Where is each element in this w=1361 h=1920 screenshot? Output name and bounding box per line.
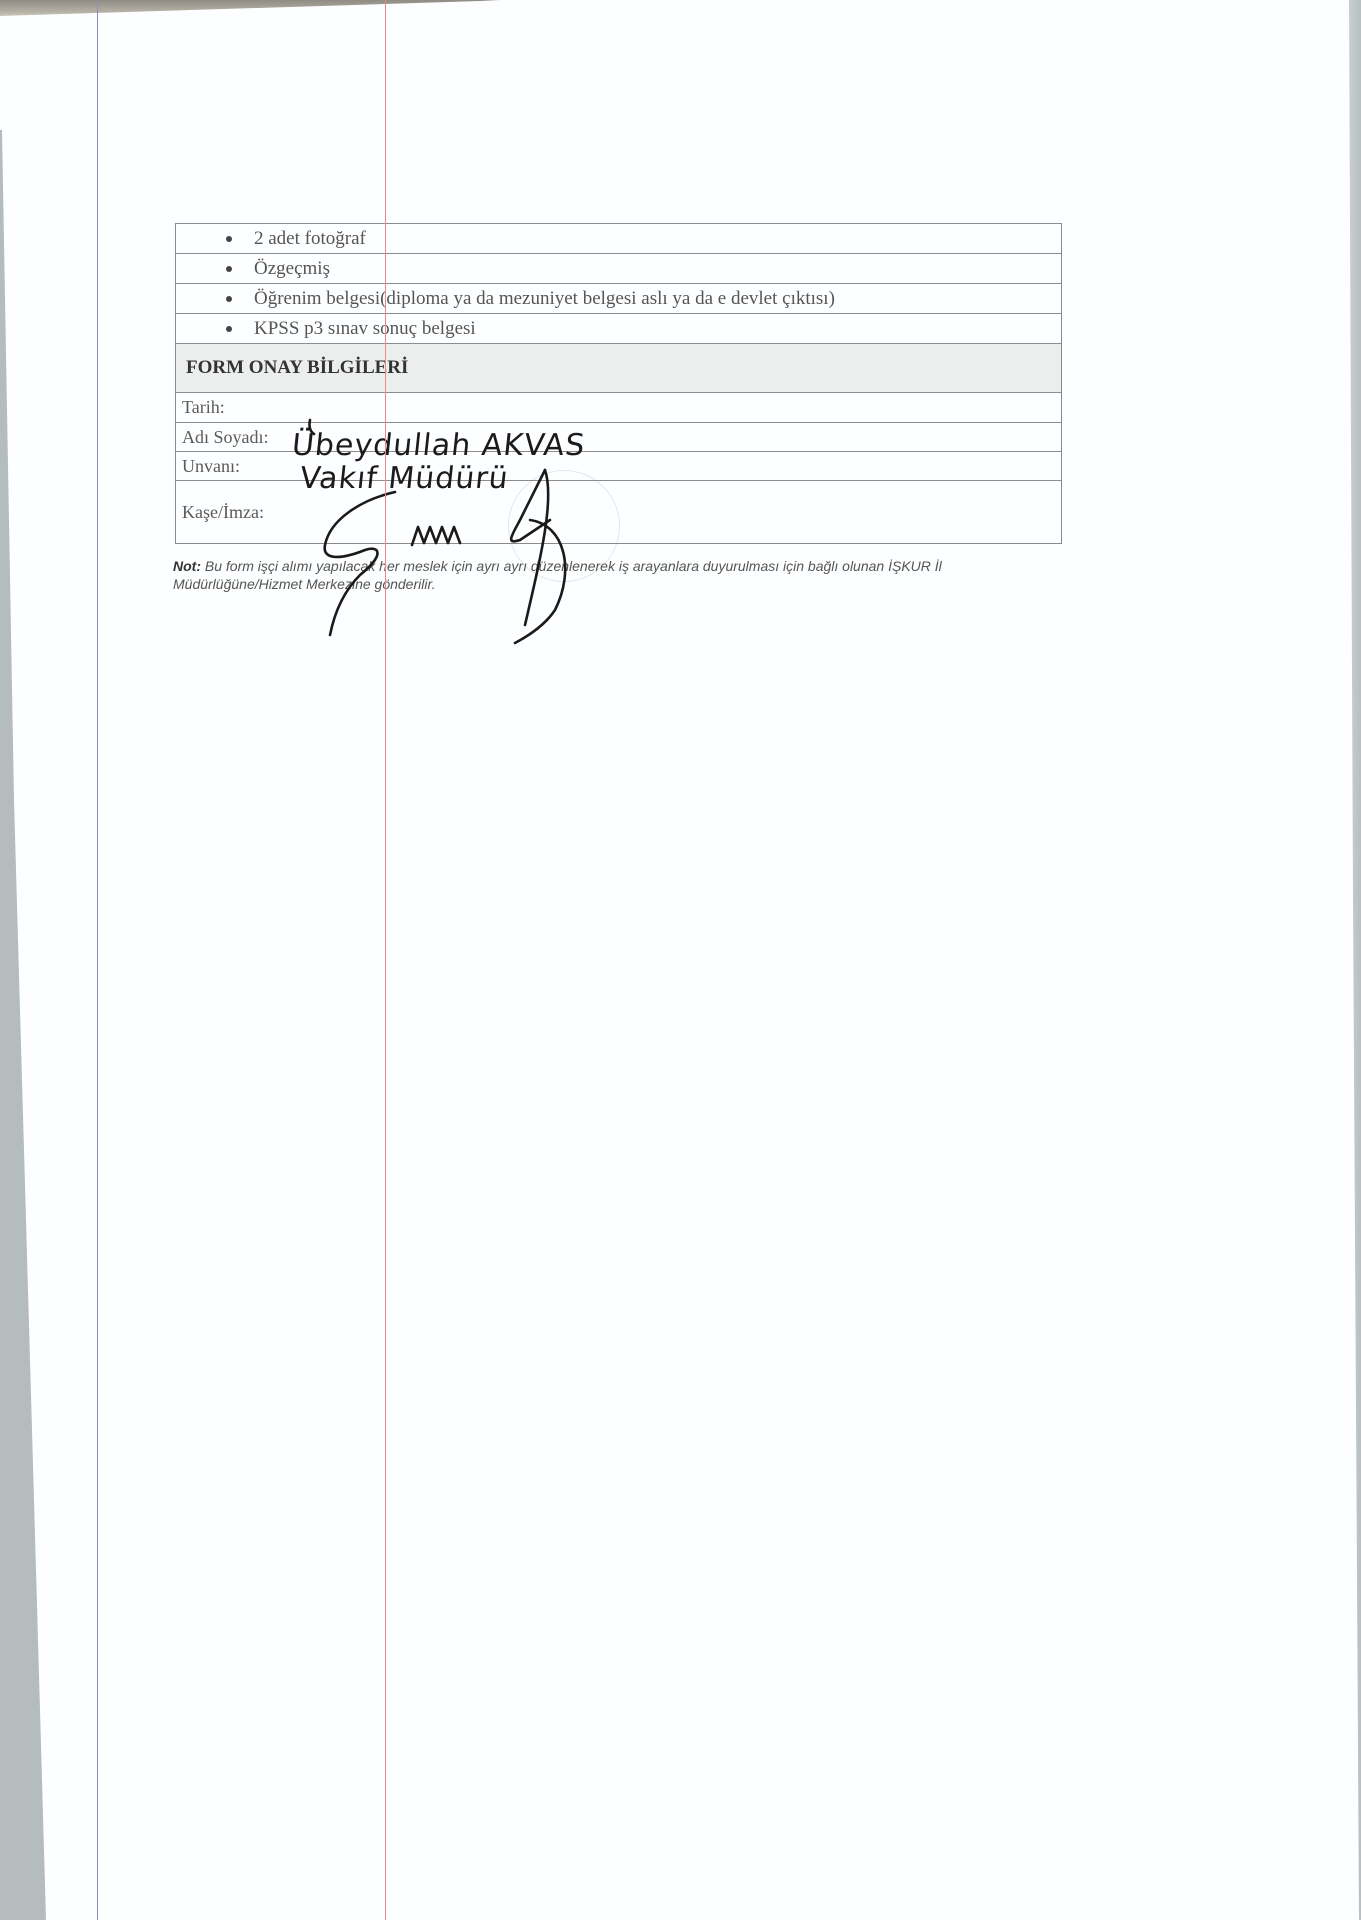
- required-doc-text: Öğrenim belgesi(diploma ya da mezuniyet …: [254, 288, 835, 310]
- scan-edge-top: [0, 0, 500, 20]
- field-unvani: Unvanı:: [176, 451, 1061, 480]
- note-label: Not:: [173, 558, 201, 574]
- required-doc-text: KPSS p3 sınav sonuç belgesi: [254, 318, 476, 340]
- field-label: Kaşe/İmza:: [182, 502, 264, 523]
- required-doc-item: Öğrenim belgesi(diploma ya da mezuniyet …: [176, 283, 1061, 313]
- required-doc-text: 2 adet fotoğraf: [254, 228, 366, 250]
- faint-stamp: [508, 470, 620, 582]
- required-doc-item: KPSS p3 sınav sonuç belgesi: [176, 313, 1061, 343]
- field-label: Unvanı:: [182, 456, 240, 477]
- required-doc-text: Özgeçmiş: [254, 258, 330, 280]
- margin-line-red: [385, 0, 386, 1920]
- bullet-icon: [226, 236, 232, 242]
- footer-note: Not: Bu form işçi alımı yapılacak her me…: [173, 557, 1068, 593]
- scan-edge-left: [0, 0, 60, 1920]
- field-label: Adı Soyadı:: [182, 427, 269, 448]
- approval-section-title: FORM ONAY BİLGİLERİ: [176, 343, 1061, 393]
- form-table: 2 adet fotoğraf Özgeçmiş Öğrenim belgesi…: [175, 223, 1062, 544]
- field-label: Tarih:: [182, 397, 225, 418]
- bullet-icon: [226, 326, 232, 332]
- scan-edge-right: [1345, 0, 1361, 1920]
- required-doc-item: Özgeçmiş: [176, 253, 1061, 283]
- bullet-icon: [226, 266, 232, 272]
- field-adi-soyadi: Adı Soyadı:: [176, 422, 1061, 451]
- field-tarih: Tarih:: [176, 393, 1061, 422]
- margin-line-blue: [97, 0, 98, 1920]
- required-doc-item: 2 adet fotoğraf: [176, 223, 1061, 253]
- bullet-icon: [226, 296, 232, 302]
- section-title: FORM ONAY BİLGİLERİ: [186, 357, 408, 379]
